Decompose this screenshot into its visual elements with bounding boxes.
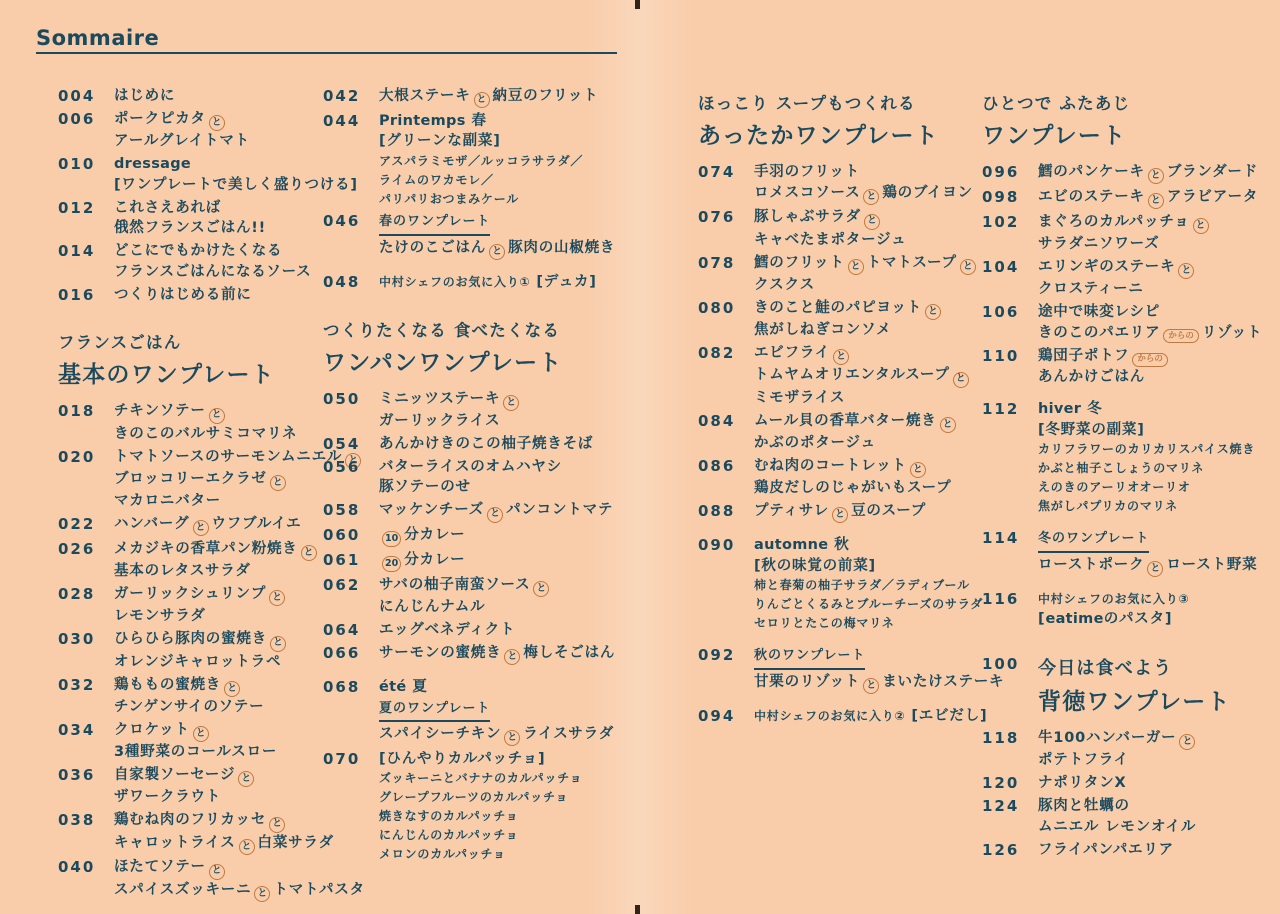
to-badge: と <box>863 678 879 694</box>
page-number: 114 <box>982 528 1026 577</box>
title-text: エッグベネディクト <box>379 622 515 638</box>
small-label: 中村シェフのお気に入り② <box>754 709 906 723</box>
entry-lines: サバの柚子南蛮ソースとにんじんナムル <box>379 575 611 618</box>
page-number: 020 <box>58 447 102 512</box>
entry-subitem: にんじんのカルパッチョ <box>379 826 611 845</box>
toc-entry: 054あんかけきのこの柚子焼きそば <box>323 434 611 455</box>
entry-lines: マッケンチーズとパンコントマテ <box>379 500 611 522</box>
entry-title: 夏のワンプレート <box>379 698 611 725</box>
entry-title: 鶏むね肉のフリカッセと <box>114 810 330 832</box>
entry-title: 手羽のフリット <box>754 162 976 183</box>
entry-lines: ミニッツステーキとガーリックライス <box>379 389 611 432</box>
toc-entry: 080きのこと鮭のパピヨットと焦がしねぎコンソメ <box>698 298 976 341</box>
entry-title: [ワンプレートで美しく盛りつける] <box>114 175 330 196</box>
entry-lines: 豚肉と牡蠣のムニエル レモンオイル <box>1038 796 1274 837</box>
entry-lines: 途中で味変レシピきのこのパエリアからのリゾット <box>1038 302 1274 343</box>
entry-title: クロスティーニ <box>1038 279 1274 300</box>
toc-entry: 040ほたてソテーとスパイスズッキーニとトマトパスタ <box>58 857 330 902</box>
to-badge: と <box>487 507 503 523</box>
page-number: 042 <box>323 86 367 108</box>
entry-lines: dressage[ワンプレートで美しく盛りつける] <box>114 154 330 195</box>
title-text: 俄然フランスごはん!! <box>114 220 266 236</box>
page-title: Sommaire <box>36 26 159 50</box>
title-text: クロスティーニ <box>1038 281 1144 297</box>
karano-badge: からの <box>1132 353 1168 367</box>
entry-title: メカジキの香草パン粉焼きと <box>114 539 330 561</box>
title-text: ライスサラダ <box>523 726 614 742</box>
title-text: まぐろのカルパッチョ <box>1038 214 1190 230</box>
entry-title: [冬野菜の副菜] <box>1038 420 1274 441</box>
small-label: 中村シェフのお気に入り① <box>379 275 531 289</box>
title-text: 焼きなすのカルパッチョ <box>379 809 519 823</box>
title-text: マカロニバター <box>114 493 221 509</box>
toc-entry: 068été 夏夏のワンプレートスパイシーチキンとライスサラダ <box>323 677 611 746</box>
title-text: セロリとたこの梅マリネ <box>754 616 895 630</box>
to-badge: と <box>209 408 225 424</box>
title-text: 焦がしパプリカのマリネ <box>1038 499 1178 513</box>
title-text: にんじんのカルパッチョ <box>379 828 519 842</box>
title-text: 豆のスープ <box>851 503 926 519</box>
page-number: 032 <box>58 675 102 718</box>
title-text: ひらひら豚肉の蜜焼き <box>114 631 267 647</box>
entry-lines: ほたてソテーとスパイスズッキーニとトマトパスタ <box>114 857 330 902</box>
title-text: 鱈のパンケーキ <box>1038 164 1145 180</box>
page-number: 106 <box>982 302 1026 343</box>
entry-lines: 春のワンプレートたけのこごはんと豚肉の山椒焼き <box>379 211 611 260</box>
page-number: 022 <box>58 514 102 536</box>
entry-subitem: えのきのアーリオオーリオ <box>1038 478 1274 497</box>
toc-entry: 106途中で味変レシピきのこのパエリアからのリゾット <box>982 302 1274 343</box>
page-number: 090 <box>698 535 742 633</box>
toc-entry: 066サーモンの蜜焼きと梅しそごはん <box>323 643 611 665</box>
entry-lines: どこにでもかけたくなるフランスごはんになるソース <box>114 241 330 282</box>
entry-subitem: カリフラワーのカリカリスパイス焼き <box>1038 440 1274 459</box>
title-text: アスパラミモザ／ルッコラサラダ／ <box>379 154 583 168</box>
title-text: 分カレー <box>404 527 465 543</box>
latin-word: automne <box>754 537 828 553</box>
page-number: 014 <box>58 241 102 282</box>
to-badge: と <box>209 864 225 880</box>
entry-title: ブロッコリーエクラゼと <box>114 469 330 491</box>
entry-subitem: セロリとたこの梅マリネ <box>754 614 976 633</box>
entry-lines: 秋のワンプレート甘栗のリゾットとまいたけステーキ <box>754 645 976 694</box>
section-text: つくりたくなる 食べたくなるワンパンワンプレート <box>323 317 611 377</box>
toc-entry: 070[ひんやりカルパッチョ]ズッキーニとバナナのカルパッチョグレープフルーツの… <box>323 749 611 865</box>
page-number: 018 <box>58 401 102 444</box>
title-text: [ワンプレートで美しく盛りつける] <box>114 177 358 193</box>
toc-entry: 058マッケンチーズとパンコントマテ <box>323 500 611 522</box>
page-number: 044 <box>323 111 367 209</box>
page-number: 088 <box>698 501 742 523</box>
entry-title: クスクス <box>754 275 976 296</box>
title-text: スパイシーチキン <box>379 726 501 742</box>
page-number: 076 <box>698 207 742 250</box>
entry-title: たけのこごはんと豚肉の山椒焼き <box>379 238 611 260</box>
page-number: 100 <box>982 654 1026 716</box>
section-subtitle: ひとつで ふたあじ <box>982 90 1274 114</box>
title-text: かぶと柚子こしょうのマリネ <box>1038 461 1204 475</box>
entry-title: クロケットと <box>114 720 330 742</box>
to-badge: と <box>224 681 240 697</box>
underlined-label: 秋のワンプレート <box>754 646 865 670</box>
toc-entry: 012これさえあれば俄然フランスごはん!! <box>58 198 330 239</box>
to-badge: と <box>863 189 879 205</box>
entry-lines: 中村シェフのお気に入り① [デュカ] <box>379 272 611 293</box>
toc-entry: 062サバの柚子南蛮ソースとにんじんナムル <box>323 575 611 618</box>
entry-lines: 鶏団子ポトフからのあんかけごはん <box>1038 346 1274 387</box>
title-text: ロメスコソース <box>754 185 860 201</box>
toc-entry: 038鶏むね肉のフリカッセとキャロットライスと白菜サラダ <box>58 810 330 855</box>
entry-title: トマトソースのサーモンムニエルと <box>114 447 330 469</box>
entry-lines: 20分カレー <box>379 550 611 572</box>
entry-title: ナポリタンX <box>1038 773 1274 794</box>
title-text: きのこのパエリア <box>1038 325 1160 341</box>
entry-lines: クロケットと3種野菜のコールスロー <box>114 720 330 763</box>
entry-lines: むね肉のコートレットと鶏皮だしのじゃがいもスープ <box>754 456 976 499</box>
entry-lines: ナポリタンX <box>1038 773 1274 794</box>
title-text: [エビだし] <box>906 708 988 724</box>
title-text: メカジキの香草パン粉焼き <box>114 541 298 557</box>
title-text: カリフラワーのカリカリスパイス焼き <box>1038 442 1255 456</box>
latin-word: hiver <box>1038 401 1081 417</box>
section-title: 基本のワンプレート <box>58 356 330 389</box>
toc-entry: 076豚しゃぶサラダとキャベたまポタージュ <box>698 207 976 250</box>
entry-title: ひらひら豚肉の蜜焼きと <box>114 629 330 651</box>
entry-lines: エッグベネディクト <box>379 620 611 641</box>
title-text: ミニッツステーキ <box>379 391 500 407</box>
to-badge: と <box>239 839 255 855</box>
title-text: 鶏むね肉のフリカッセ <box>114 812 266 828</box>
entry-title: キャベたまポタージュ <box>754 230 976 251</box>
toc-entry: 004はじめに <box>58 86 330 107</box>
to-badge: と <box>533 581 549 597</box>
to-badge: と <box>503 395 519 411</box>
entry-subitem: ライムのワカモレ／ <box>379 171 611 190</box>
title-text: 豚ソテーのせ <box>379 479 471 495</box>
latin-word: dressage <box>114 156 191 172</box>
entry-title: 俄然フランスごはん!! <box>114 218 330 239</box>
entry-title: automne 秋 <box>754 535 976 556</box>
title-text: キャベたまポタージュ <box>754 232 906 248</box>
entry-title: été 夏 <box>379 677 611 698</box>
to-badge: と <box>953 372 969 388</box>
title-text: サーモンの蜜焼き <box>379 645 501 661</box>
toc-entry: 116中村シェフのお気に入り③[eatimeのパスタ] <box>982 589 1274 630</box>
title-text: ミモザライス <box>754 390 845 406</box>
title-text: チンゲンサイのソテー <box>114 699 264 715</box>
page-number: 078 <box>698 253 742 296</box>
to-badge: と <box>864 214 880 230</box>
toc-entry: 086むね肉のコートレットと鶏皮だしのじゃがいもスープ <box>698 456 976 499</box>
title-text: 鶏ももの蜜焼き <box>114 677 221 693</box>
title-text: トマトスープ <box>867 255 957 271</box>
page-number: 110 <box>982 346 1026 387</box>
entry-title: ローストポークとロースト野菜 <box>1038 555 1274 577</box>
entry-lines: hiver 冬[冬野菜の副菜]カリフラワーのカリカリスパイス焼きかぶと柚子こしょ… <box>1038 399 1274 516</box>
entry-lines: エビのステーキとアラビアータ <box>1038 187 1274 209</box>
to-badge: と <box>1178 263 1194 279</box>
title-text: ムニエル レモンオイル <box>1038 819 1196 835</box>
toc-entry: 010dressage[ワンプレートで美しく盛りつける] <box>58 154 330 195</box>
page-number: 080 <box>698 298 742 341</box>
page-number: 094 <box>698 706 742 727</box>
toc-entry: 06010分カレー <box>323 525 611 547</box>
entry-title: にんじんナムル <box>379 597 611 618</box>
to-badge: と <box>832 507 848 523</box>
entry-lines: エビフライとトムヤムオリエンタルスープとミモザライス <box>754 343 976 408</box>
section-header: つくりたくなる 食べたくなるワンパンワンプレート <box>323 317 611 377</box>
title-text: 冬 <box>1081 401 1102 417</box>
title-text: はじめに <box>114 88 175 104</box>
page-number: 054 <box>323 434 367 455</box>
title-text: りんごとくるみとブルーチーズのサラダ <box>754 597 983 611</box>
toc-entry: 090automne 秋[秋の味覚の前菜]柿と春菊の柚子サラダ／ラディブールりん… <box>698 535 976 633</box>
book-spread: Sommaire 004はじめに006ポークピカタとアールグレイトマト010dr… <box>0 0 1280 914</box>
entry-title: ポークピカタと <box>114 109 330 131</box>
to-badge: と <box>489 244 505 260</box>
entry-title: きのこと鮭のパピヨットと <box>754 298 976 320</box>
to-badge: と <box>238 771 254 787</box>
small-label: 中村シェフのお気に入り③ <box>1038 592 1190 606</box>
entry-lines: はじめに <box>114 86 330 107</box>
page-number: 096 <box>982 162 1026 184</box>
entry-lines: 自家製ソーセージとザワークラウト <box>114 765 330 808</box>
entry-title: [ひんやりカルパッチョ] <box>379 749 611 770</box>
entry-title: エッグベネディクト <box>379 620 611 641</box>
entry-lines: 豚しゃぶサラダとキャベたまポタージュ <box>754 207 976 250</box>
toc-entry: 026メカジキの香草パン粉焼きと基本のレタスサラダ <box>58 539 330 582</box>
title-text: 焦がしねぎコンソメ <box>754 322 891 338</box>
title-text: ポークピカタ <box>114 111 206 127</box>
entry-title: 鶏団子ポトフからの <box>1038 346 1274 367</box>
title-text: ムール貝の香草バター焼き <box>754 413 937 429</box>
toc-entry: 112hiver 冬[冬野菜の副菜]カリフラワーのカリカリスパイス焼きかぶと柚子… <box>982 399 1274 516</box>
entry-subitem: アスパラミモザ／ルッコラサラダ／ <box>379 152 611 171</box>
section-title: あったかワンプレート <box>698 117 976 150</box>
title-text: レモンサラダ <box>114 608 206 624</box>
entry-title: 牛100ハンバーガーと <box>1038 728 1274 750</box>
entry-subitem: りんごとくるみとブルーチーズのサラダ <box>754 595 976 614</box>
entry-title: ガーリックシュリンプと <box>114 584 330 606</box>
toc-entry: 078鱈のフリットとトマトスープとクスクス <box>698 253 976 296</box>
entry-title: かぶのポタージュ <box>754 433 976 454</box>
title-text: グレープフルーツのカルパッチョ <box>379 790 568 804</box>
entry-lines: フライパンパエリア <box>1038 840 1274 861</box>
entry-title: 10分カレー <box>379 525 611 547</box>
entry-lines: バターライスのオムハヤシ豚ソテーのせ <box>379 457 611 498</box>
toc-entry: 034クロケットと3種野菜のコールスロー <box>58 720 330 763</box>
section-text: ほっこり スープもつくれるあったかワンプレート <box>698 90 976 150</box>
entry-lines: きのこと鮭のパピヨットと焦がしねぎコンソメ <box>754 298 976 341</box>
entry-subitem: 焼きなすのカルパッチョ <box>379 807 611 826</box>
page-number: 120 <box>982 773 1026 794</box>
title-text: ブロッコリーエクラゼ <box>114 471 267 487</box>
latin-word: Printemps <box>379 113 466 129</box>
karano-badge: からの <box>1163 329 1199 343</box>
toc-entry: 036自家製ソーセージとザワークラウト <box>58 765 330 808</box>
section-header: フランスごはん基本のワンプレート <box>58 329 330 389</box>
page-number: 040 <box>58 857 102 902</box>
toc-entry: 102まぐろのカルパッチョとサラダニソワーズ <box>982 212 1274 255</box>
toc-entry: 124豚肉と牡蠣のムニエル レモンオイル <box>982 796 1274 837</box>
toc-entry: 014どこにでもかけたくなるフランスごはんになるソース <box>58 241 330 282</box>
to-badge: と <box>209 115 225 131</box>
title-text: サラダニソワーズ <box>1038 236 1160 252</box>
to-badge: と <box>910 462 926 478</box>
title-text: かぶのポタージュ <box>754 435 876 451</box>
entry-title: これさえあれば <box>114 198 330 219</box>
toc-entry: 096鱈のパンケーキとブランダード <box>982 162 1274 184</box>
to-badge: と <box>848 259 864 275</box>
to-badge: と <box>193 726 209 742</box>
entry-title: サーモンの蜜焼きと梅しそごはん <box>379 643 611 665</box>
title-text: 春 <box>466 113 487 129</box>
page-number: 064 <box>323 620 367 641</box>
section-title: ワンプレート <box>982 117 1274 150</box>
entry-subitem: 柿と春菊の柚子サラダ／ラディブール <box>754 576 976 595</box>
page-number: 006 <box>58 109 102 152</box>
entry-lines: サーモンの蜜焼きと梅しそごはん <box>379 643 611 665</box>
to-badge: と <box>270 636 286 652</box>
title-text: あんかけごはん <box>1038 369 1145 385</box>
entry-title: 豚しゃぶサラダと <box>754 207 976 229</box>
title-text: 鱈のフリット <box>754 255 845 271</box>
title-text: スパイスズッキーニ <box>114 882 251 898</box>
entry-title: ミニッツステーキと <box>379 389 611 411</box>
page-number: 050 <box>323 389 367 432</box>
page-number: 086 <box>698 456 742 499</box>
entry-title: 中村シェフのお気に入り② [エビだし] <box>754 706 976 727</box>
entry-lines: 冬のワンプレートローストポークとロースト野菜 <box>1038 528 1274 577</box>
title-text: あんかけきのこの柚子焼きそば <box>379 436 593 452</box>
underlined-label: 春のワンプレート <box>379 212 490 236</box>
to-badge: と <box>1147 561 1163 577</box>
page-number: 124 <box>982 796 1026 837</box>
section-header: 100今日は食べよう背徳ワンプレート <box>982 654 1274 716</box>
toc-header: Sommaire <box>36 26 159 50</box>
to-badge: と <box>940 417 956 433</box>
entry-title: レモンサラダ <box>114 606 330 627</box>
title-text: 梅しそごはん <box>523 645 615 661</box>
title-text: にんじんナムル <box>379 599 485 615</box>
title-text: ブランダード <box>1167 164 1258 180</box>
entry-title: hiver 冬 <box>1038 399 1274 420</box>
entry-lines: つくりはじめる前に <box>114 285 330 306</box>
title-text: [グリーンな副菜] <box>379 133 501 149</box>
toc-entry: 020トマトソースのサーモンムニエルとブロッコリーエクラゼとマカロニバター <box>58 447 330 512</box>
title-text: エリンギのステーキ <box>1038 259 1175 275</box>
page-number: 061 <box>323 550 367 572</box>
toc-entry: 082エビフライとトムヤムオリエンタルスープとミモザライス <box>698 343 976 408</box>
title-text: [デュカ] <box>531 274 597 290</box>
entry-title: ガーリックライス <box>379 411 611 432</box>
to-badge: と <box>504 730 520 746</box>
entry-title: dressage <box>114 154 330 175</box>
title-text: 秋 <box>828 537 849 553</box>
title-text: [ひんやりカルパッチョ] <box>379 751 545 767</box>
entry-lines: 鱈のフリットとトマトスープとクスクス <box>754 253 976 296</box>
entry-title: 焦がしねぎコンソメ <box>754 320 976 341</box>
toc-entry: 028ガーリックシュリンプとレモンサラダ <box>58 584 330 627</box>
title-text: ウフブルイエ <box>212 516 302 532</box>
title-text: マッケンチーズ <box>379 502 484 518</box>
entry-subitem: 焦がしパプリカのマリネ <box>1038 497 1274 516</box>
entry-title: 途中で味変レシピ <box>1038 302 1274 323</box>
toc-entry: 046春のワンプレートたけのこごはんと豚肉の山椒焼き <box>323 211 611 260</box>
toc-entry: 094中村シェフのお気に入り② [エビだし] <box>698 706 976 727</box>
title-text: キャロットライス <box>114 835 236 851</box>
page-number: 070 <box>323 749 367 865</box>
entry-title: つくりはじめる前に <box>114 285 330 306</box>
title-text: ガーリックシュリンプ <box>114 586 266 602</box>
section-text: ひとつで ふたあじワンプレート <box>982 90 1274 150</box>
toc-entry: 056バターライスのオムハヤシ豚ソテーのせ <box>323 457 611 498</box>
entry-title: [グリーンな副菜] <box>379 131 611 152</box>
entry-lines: 手羽のフリットロメスコソースと鶏のブイヨン <box>754 162 976 205</box>
page-number: 102 <box>982 212 1026 255</box>
entry-title: ポテトフライ <box>1038 750 1274 771</box>
toc-column-3: ほっこり スープもつくれるあったかワンプレート074手羽のフリットロメスコソース… <box>698 86 976 729</box>
minutes-badge: 20 <box>382 556 401 572</box>
page-number: 118 <box>982 728 1026 771</box>
entry-title: ムール貝の香草バター焼きと <box>754 411 976 433</box>
title-text: 豚しゃぶサラダ <box>754 209 861 225</box>
title-text: 手羽のフリット <box>754 164 860 180</box>
entry-title: チキンソテーと <box>114 401 330 423</box>
entry-title: 中村シェフのお気に入り③ <box>1038 589 1274 610</box>
title-text: メロンのカルパッチョ <box>379 847 506 861</box>
page-number: 092 <box>698 645 742 694</box>
toc-entry: 048中村シェフのお気に入り① [デュカ] <box>323 272 611 293</box>
title-text: むね肉のコートレット <box>754 458 907 474</box>
to-badge: と <box>1148 168 1164 184</box>
section-text: 今日は食べよう背徳ワンプレート <box>1038 654 1231 716</box>
section-subtitle: フランスごはん <box>58 329 330 353</box>
title-text: 甘栗のリゾット <box>754 674 860 690</box>
title-text: アールグレイトマト <box>114 133 250 149</box>
title-text: 豚肉の山椒焼き <box>508 240 615 256</box>
section-header: ひとつで ふたあじワンプレート <box>982 90 1274 150</box>
toc-entry: 126フライパンパエリア <box>982 840 1274 861</box>
entry-title: ザワークラウト <box>114 787 330 808</box>
toc-entry: 110鶏団子ポトフからのあんかけごはん <box>982 346 1274 387</box>
page-number: 066 <box>323 643 367 665</box>
page-number: 028 <box>58 584 102 627</box>
page-number: 112 <box>982 399 1026 516</box>
toc-entry: 118牛100ハンバーガーとポテトフライ <box>982 728 1274 771</box>
title-text: トムヤムオリエンタルスープ <box>754 367 950 383</box>
entry-subitem: パリパリおつまみケール <box>379 190 611 209</box>
toc-entry: 084ムール貝の香草バター焼きとかぶのポタージュ <box>698 411 976 454</box>
entry-lines: 中村シェフのお気に入り② [エビだし] <box>754 706 976 727</box>
title-text: プティサレ <box>754 503 829 519</box>
entry-title: 基本のレタスサラダ <box>114 561 330 582</box>
toc-entry: 044Printemps 春[グリーンな副菜]アスパラミモザ／ルッコラサラダ／ラ… <box>323 111 611 209</box>
entry-title: 大根ステーキと納豆のフリット <box>379 86 611 108</box>
entry-title: 春のワンプレート <box>379 211 611 238</box>
entry-title: 冬のワンプレート <box>1038 528 1274 555</box>
entry-title: [秋の味覚の前菜] <box>754 556 976 577</box>
toc-entry: 098エビのステーキとアラビアータ <box>982 187 1274 209</box>
registration-mark-top <box>635 0 640 9</box>
entry-title: 自家製ソーセージと <box>114 765 330 787</box>
title-text: のパスタ] <box>1104 611 1173 627</box>
title-text: チキンソテー <box>114 403 206 419</box>
entry-title: ハンバーグとウフブルイエ <box>114 514 330 536</box>
underlined-label: 冬のワンプレート <box>1038 529 1149 553</box>
to-badge: と <box>1179 734 1195 750</box>
entry-title: Printemps 春 <box>379 111 611 132</box>
